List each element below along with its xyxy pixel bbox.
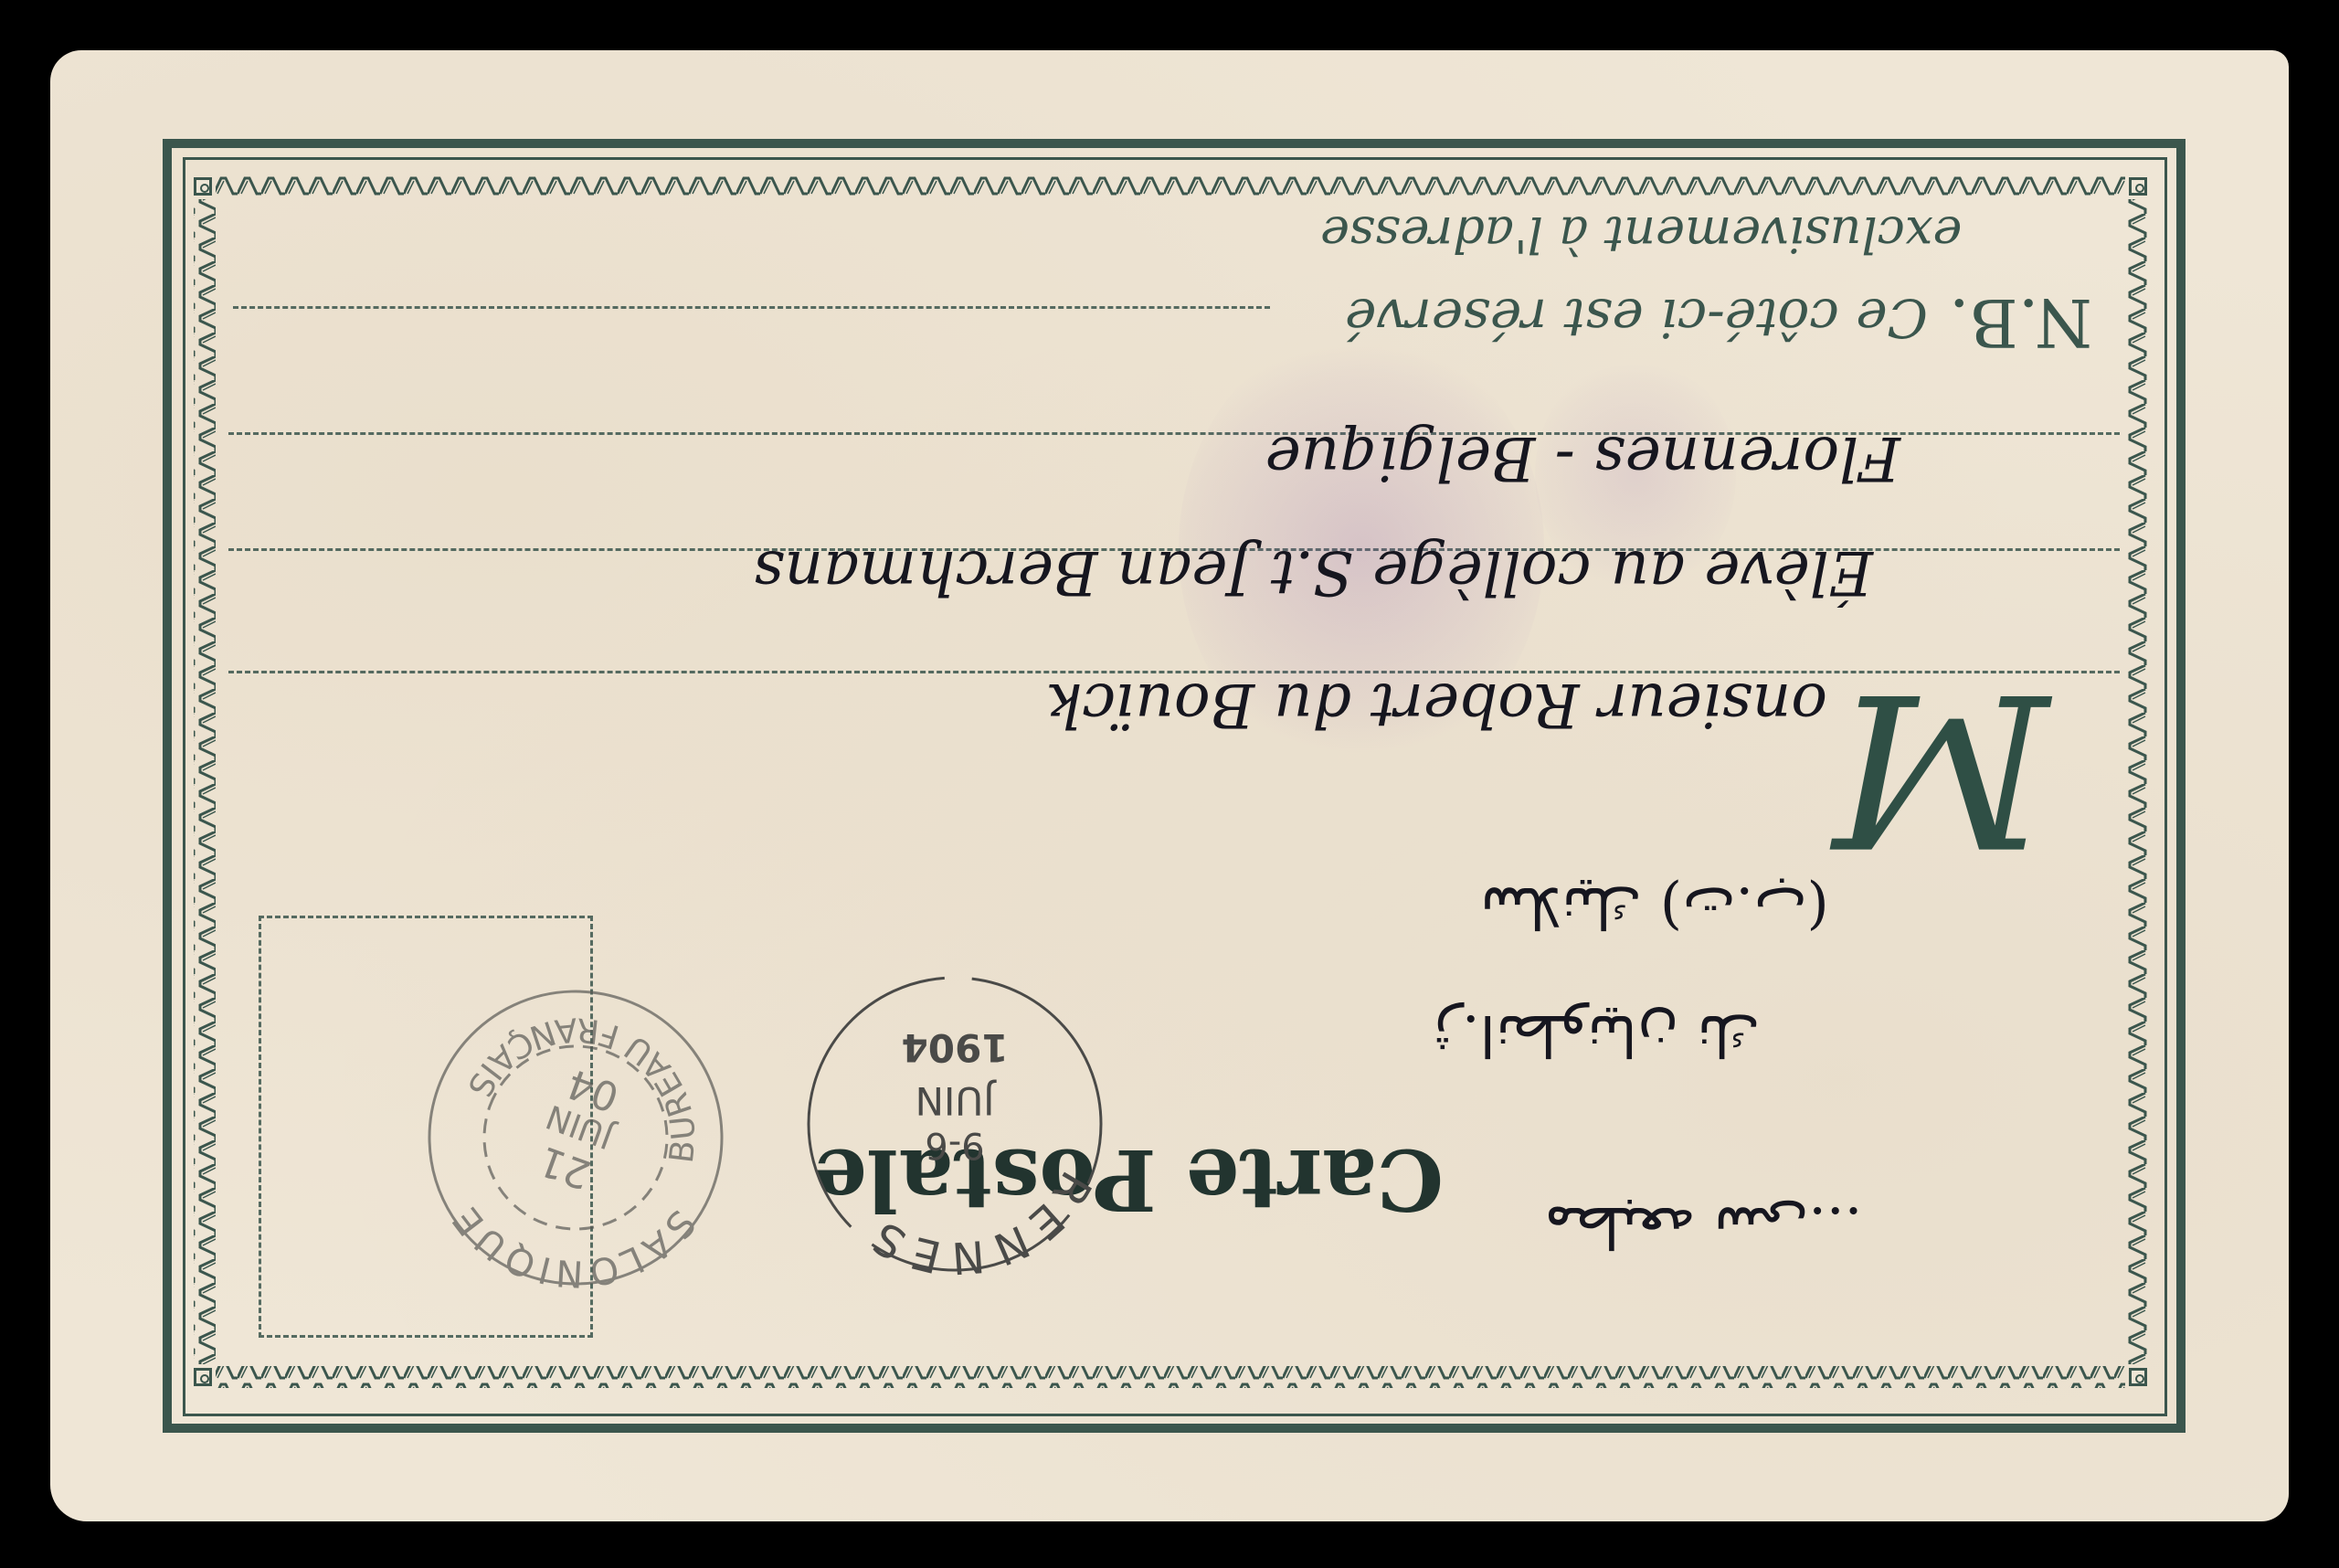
- address-city: Florennes - Belgique: [758, 411, 1900, 493]
- postmark-rennes: RENNES 9-6 JUIN 1904: [799, 969, 1110, 1279]
- address-recipient: onsieur Robert du Bouïck: [640, 658, 1827, 740]
- postmark-rennes-year: 1904: [902, 1025, 1009, 1070]
- corner-ornament-tr: [2129, 177, 2147, 196]
- corner-ornament-br: [2129, 1368, 2147, 1386]
- postmark-rennes-month: JUIN: [915, 1078, 998, 1123]
- address-line-1: [233, 306, 1270, 309]
- corner-ornament-tl: [194, 177, 212, 196]
- notice-rest: Ce côté-ci est réservé: [1345, 287, 1928, 349]
- address-school: Élève au collège S.t Jean Berchmans: [274, 525, 1873, 608]
- postmark-rennes-hour: 9-6: [925, 1124, 984, 1166]
- ottoman-line-1: سلانیك (ت.ب): [1480, 859, 2120, 941]
- notice-nb: N.B.: [1949, 284, 2092, 361]
- salutation-initial: M: [1805, 658, 2079, 877]
- corner-ornament-bl: [194, 1368, 212, 1386]
- ottoman-line-3: مطبعه سی...: [1544, 1179, 2138, 1261]
- svg-text:RENNES: RENNES: [858, 1162, 1101, 1279]
- notice-line-1: N.B. Ce côté-ci est réservé: [1361, 279, 2092, 361]
- postmark-rennes-town: RENNES: [858, 1162, 1101, 1279]
- notice-line-2: exclusivement à l'adresse: [1320, 199, 2051, 263]
- ottoman-line-2: ژ.انطونیان نك: [1434, 987, 2092, 1069]
